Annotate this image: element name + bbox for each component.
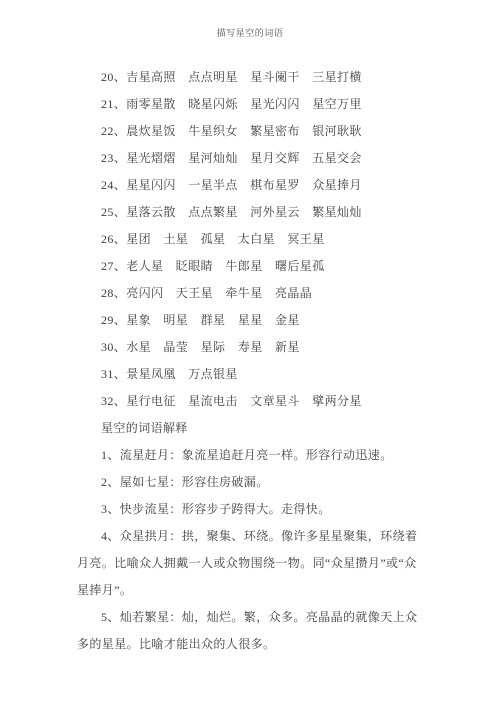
document-body: 20、吉星高照 点点明星 星斗阑干 三星打横 21、雨零星散 晓星闪烁 星光闪闪… [77,64,423,658]
word-line-22: 22、晨炊星饭 牛星织女 繁星密布 银河耿耿 [77,118,423,145]
explanation-3: 3、快步流星：形容步子跨得大。走得快。 [77,496,423,523]
word-line-31: 31、景星凤凰 万点银星 [77,361,423,388]
word-line-24: 24、星星闪闪 一星半点 棋布星罗 众星捧月 [77,172,423,199]
word-line-21: 21、雨零星散 晓星闪烁 星光闪闪 星空万里 [77,91,423,118]
word-line-28: 28、亮闪闪 天王星 牵牛星 亮晶晶 [77,280,423,307]
explanation-1: 1、流星赶月：象流星追赶月亮一样。形容行动迅速。 [77,442,423,469]
explanation-4: 4、众星拱月：拱，聚集、环绕。像许多星星聚集，环绕着月亮。比喻众人拥戴一人或众物… [77,523,423,604]
page-header: 描写星空的词语 [0,0,500,39]
word-line-30: 30、水星 晶莹 星际 寿星 新星 [77,334,423,361]
word-line-32: 32、星行电征 星流电击 文章星斗 擘两分星 [77,388,423,415]
explanation-5: 5、灿若繁星：灿，灿烂。繁，众多。亮晶晶的就像天上众多的星星。比喻才能出众的人很… [77,604,423,658]
word-line-20: 20、吉星高照 点点明星 星斗阑干 三星打横 [77,64,423,91]
word-line-23: 23、星光熠熠 星河灿灿 星月交辉 五星交会 [77,145,423,172]
word-line-29: 29、星象 明星 群星 星星 金星 [77,307,423,334]
section-heading: 星空的词语解释 [77,415,423,442]
explanation-2: 2、屋如七星：形容住房破漏。 [77,469,423,496]
word-line-26: 26、星团 土星 孤星 太白星 冥王星 [77,226,423,253]
word-line-25: 25、星落云散 点点繁星 河外星云 繁星灿灿 [77,199,423,226]
word-line-27: 27、老人星 眨眼睛 牛郎星 曙后星孤 [77,253,423,280]
document-page: 描写星空的词语 20、吉星高照 点点明星 星斗阑干 三星打横 21、雨零星散 晓… [0,0,500,707]
